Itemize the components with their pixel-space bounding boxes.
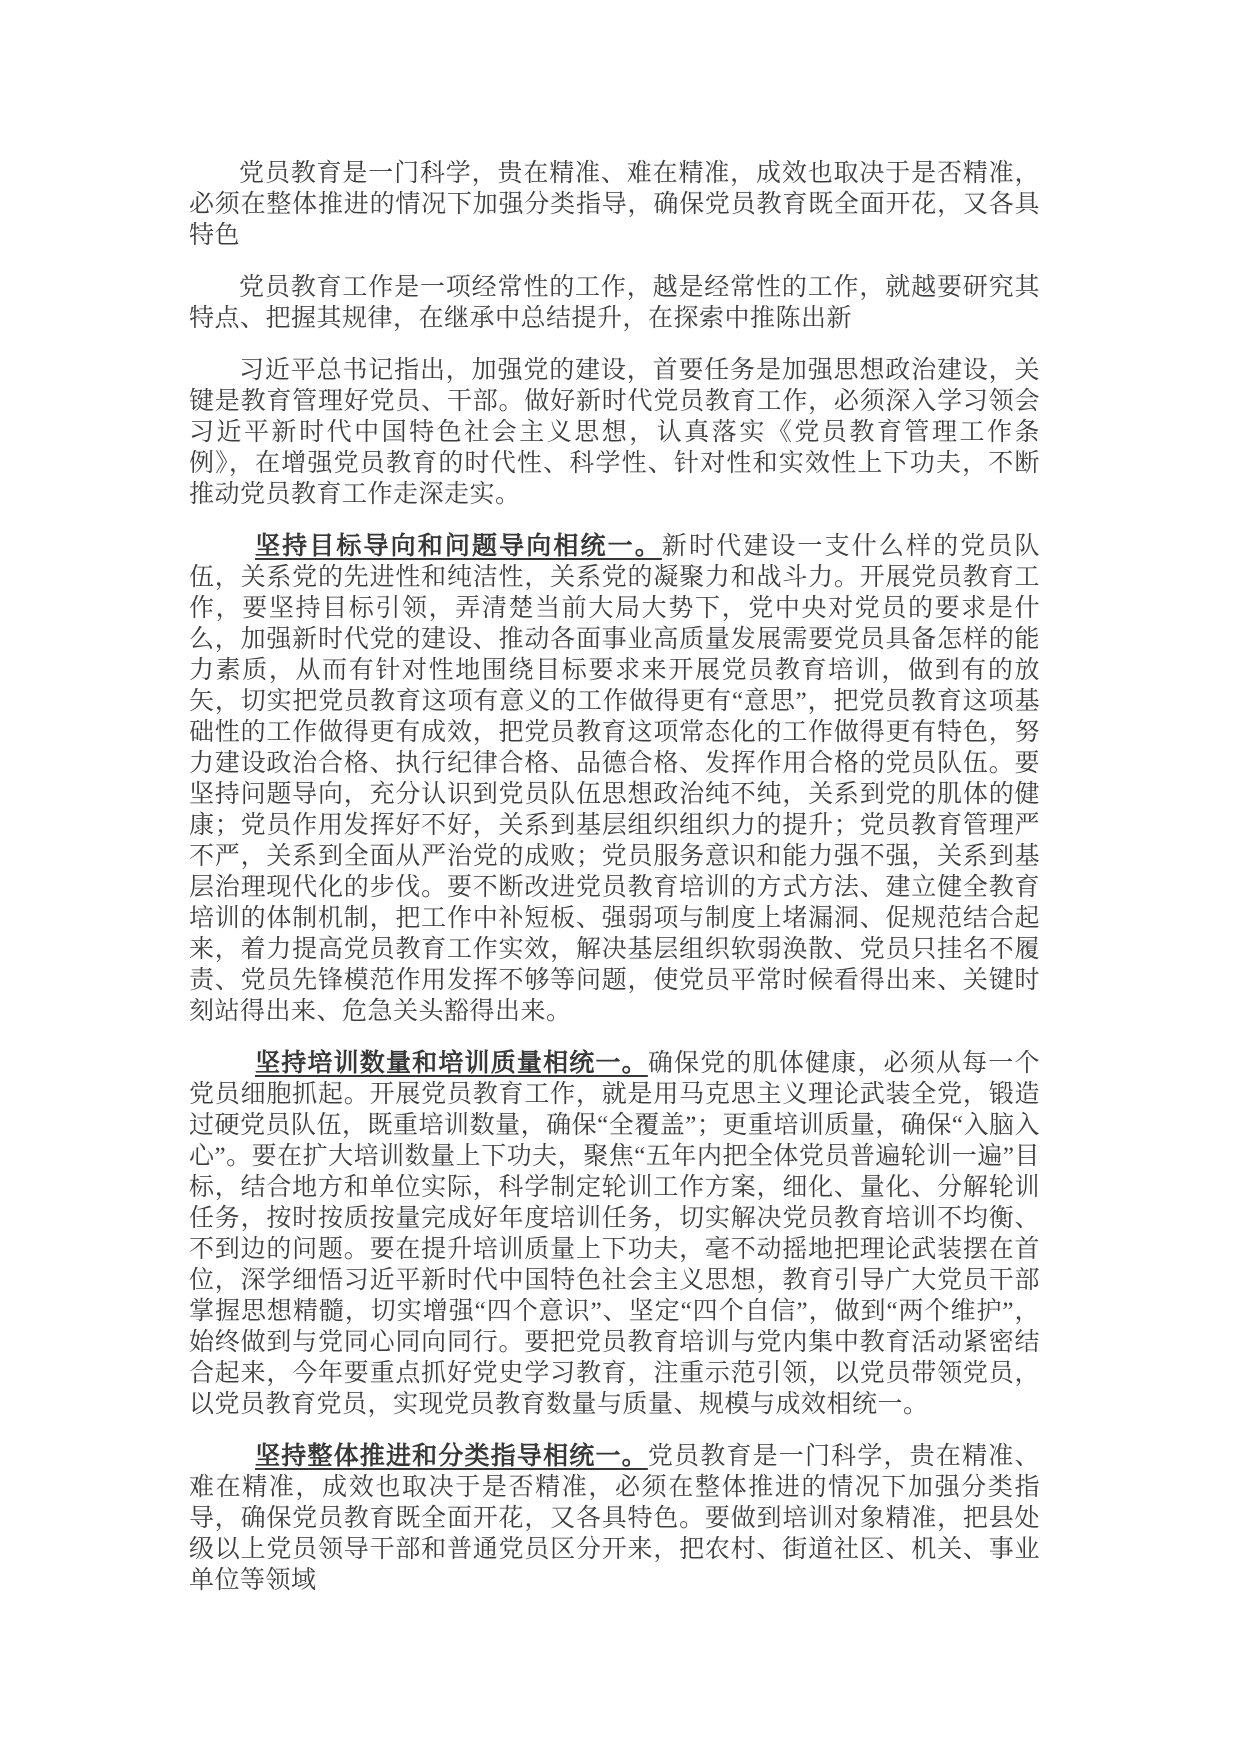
paragraph: 坚持目标导向和问题导向相统一。新时代建设一支什么样的党员队伍，关系党的先进性和纯… (189, 531, 1040, 1027)
paragraph: 坚持培训数量和培训质量相统一。确保党的肌体健康，必须从每一个党员细胞抓起。开展党… (189, 1048, 1040, 1420)
paragraph-text: 党员教育工作是一项经常性的工作，越是经常性的工作，就越要研究其特点、把握其规律，… (189, 274, 1040, 332)
lead-sentence: 坚持整体推进和分类指导相统一。 (255, 1442, 648, 1470)
paragraph: 党员教育工作是一项经常性的工作，越是经常性的工作，就越要研究其特点、把握其规律，… (189, 272, 1040, 334)
lead-sentence: 坚持培训数量和培训质量相统一。 (255, 1049, 648, 1077)
lead-sentence: 坚持目标导向和问题导向相统一。 (255, 532, 662, 560)
paragraph-text: 新时代建设一支什么样的党员队伍，关系党的先进性和纯洁性，关系党的凝聚力和战斗力。… (189, 533, 1040, 1025)
paragraph-text: 党员教育是一门科学，贵在精准、难在精准，成效也取决于是否精准，必须在整体推进的情… (189, 160, 1040, 249)
paragraph: 党员教育是一门科学，贵在精准、难在精准，成效也取决于是否精准，必须在整体推进的情… (189, 158, 1040, 251)
paragraph: 坚持整体推进和分类指导相统一。党员教育是一门科学，贵在精准、难在精准，成效也取决… (189, 1441, 1040, 1596)
paragraph-text: 确保党的肌体健康，必须从每一个党员细胞抓起。开展党员教育工作，就是用马克思主义理… (189, 1050, 1040, 1418)
paragraph: 习近平总书记指出，加强党的建设，首要任务是加强思想政治建设，关键是教育管理好党员… (189, 355, 1040, 510)
paragraph-text: 习近平总书记指出，加强党的建设，首要任务是加强思想政治建设，关键是教育管理好党员… (189, 357, 1040, 508)
document-page: 党员教育是一门科学，贵在精准、难在精准，成效也取决于是否精准，必须在整体推进的情… (0, 0, 1240, 1754)
